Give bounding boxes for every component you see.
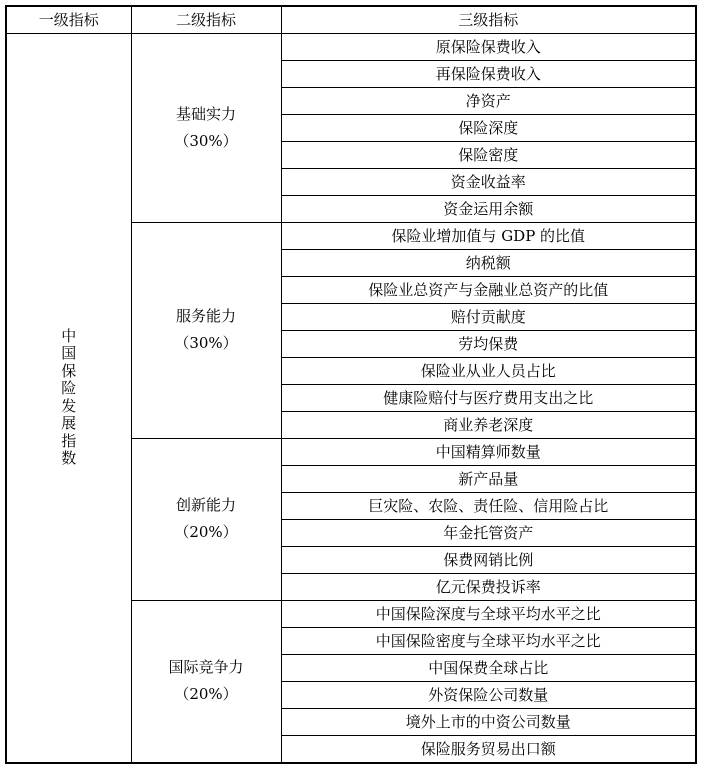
level3-indicator-cell: 净资产 — [281, 87, 696, 114]
level2-indicator-cell-0: 基础实力（30%） — [131, 33, 281, 222]
level3-indicator-cell: 保险业增加值与 GDP 的比值 — [281, 222, 696, 249]
level3-indicator-cell: 中国保险密度与全球平均水平之比 — [281, 627, 696, 654]
level3-indicator-cell: 再保险保费收入 — [281, 60, 696, 87]
level2-weight: （30%） — [132, 128, 281, 155]
level3-indicator-cell: 保险业从业人员占比 — [281, 357, 696, 384]
level2-name: 基础实力 — [132, 101, 281, 128]
level2-indicator-cell-3: 国际竞争力（20%） — [131, 600, 281, 763]
level3-indicator-cell: 中国精算师数量 — [281, 438, 696, 465]
level3-indicator-cell: 赔付贡献度 — [281, 303, 696, 330]
level2-weight: （20%） — [132, 519, 281, 546]
level3-indicator-cell: 保险密度 — [281, 141, 696, 168]
header-row: 一级指标 二级指标 三级指标 — [6, 6, 696, 33]
table-row: 中国保险发展指数基础实力（30%）原保险保费收入 — [6, 33, 696, 60]
level3-indicator-cell: 原保险保费收入 — [281, 33, 696, 60]
level3-indicator-cell: 境外上市的中资公司数量 — [281, 708, 696, 735]
header-level3: 三级指标 — [281, 6, 696, 33]
level2-indicator-cell-2: 创新能力（20%） — [131, 438, 281, 600]
level1-indicator-label: 中国保险发展指数 — [61, 328, 76, 468]
level2-weight: （20%） — [132, 681, 281, 708]
level2-name: 国际竞争力 — [132, 654, 281, 681]
level3-indicator-cell: 保险深度 — [281, 114, 696, 141]
level3-indicator-cell: 资金运用余额 — [281, 195, 696, 222]
header-level1: 一级指标 — [6, 6, 131, 33]
level3-indicator-cell: 中国保险深度与全球平均水平之比 — [281, 600, 696, 627]
level3-indicator-cell: 保险服务贸易出口额 — [281, 735, 696, 763]
level3-indicator-cell: 保费网销比例 — [281, 546, 696, 573]
level1-indicator-cell: 中国保险发展指数 — [6, 33, 131, 763]
level3-indicator-cell: 保险业总资产与金融业总资产的比值 — [281, 276, 696, 303]
level3-indicator-cell: 纳税额 — [281, 249, 696, 276]
level2-name: 服务能力 — [132, 303, 281, 330]
indicator-table: 一级指标 二级指标 三级指标 中国保险发展指数基础实力（30%）原保险保费收入再… — [5, 5, 697, 764]
level3-indicator-cell: 巨灾险、农险、责任险、信用险占比 — [281, 492, 696, 519]
level2-name: 创新能力 — [132, 492, 281, 519]
level3-indicator-cell: 劳均保费 — [281, 330, 696, 357]
level3-indicator-cell: 资金收益率 — [281, 168, 696, 195]
document-page: 一级指标 二级指标 三级指标 中国保险发展指数基础实力（30%）原保险保费收入再… — [0, 0, 704, 768]
level2-indicator-cell-1: 服务能力（30%） — [131, 222, 281, 438]
level2-weight: （30%） — [132, 330, 281, 357]
level3-indicator-cell: 健康险赔付与医疗费用支出之比 — [281, 384, 696, 411]
level3-indicator-cell: 亿元保费投诉率 — [281, 573, 696, 600]
level3-indicator-cell: 外资保险公司数量 — [281, 681, 696, 708]
level3-indicator-cell: 中国保费全球占比 — [281, 654, 696, 681]
level3-indicator-cell: 商业养老深度 — [281, 411, 696, 438]
level3-indicator-cell: 新产品量 — [281, 465, 696, 492]
header-level2: 二级指标 — [131, 6, 281, 33]
level3-indicator-cell: 年金托管资产 — [281, 519, 696, 546]
